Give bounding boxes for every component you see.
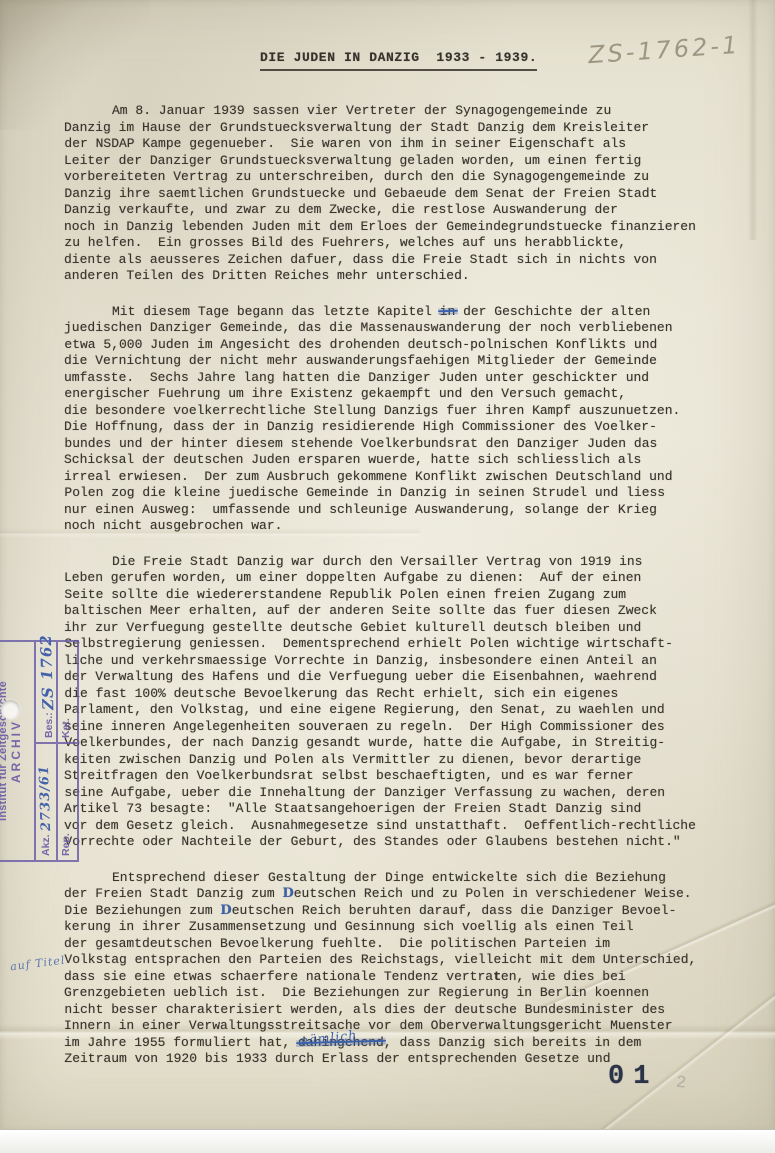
page-number-stamp: 01 — [608, 1062, 658, 1092]
text-line: anderen Teilen des Dritten Reiches mehr … — [64, 268, 712, 285]
text-line: Leben gerufen worden, um einer doppelten… — [64, 570, 712, 587]
paragraph: Die Freie Stadt Danzig war durch den Ver… — [64, 554, 712, 851]
text-line: Die Hoffnung, dass der in Danzig residie… — [64, 419, 712, 436]
text-line: Seite sollte die wiedererstandene Republ… — [64, 587, 712, 604]
text-line: zu helfen. Ein grosses Bild des Fuehrers… — [64, 235, 712, 252]
bes-label: Bes.: — [43, 712, 55, 738]
archive-stamp-title: Institut für Zeitgeschichte ARCHIV — [0, 642, 36, 860]
text-line: nicht besser charakterisiert werden, als… — [64, 1002, 712, 1019]
text-line: etwa 5,000 Juden im Angesicht des drohen… — [64, 337, 712, 354]
archive-stamp-institution: Institut für Zeitgeschichte — [0, 642, 9, 860]
text-line: noch in Danzig lebenden Juden mit dem Er… — [64, 219, 712, 236]
ink-corrected-letter: D — [220, 903, 231, 918]
text-line: keiten zwischen Danzig und Polen als Ver… — [64, 752, 712, 769]
text-line: noch nicht ausgebrochen war. — [64, 518, 712, 535]
text-line: umfasste. Sechs Jahre lang hatten die Da… — [64, 370, 712, 387]
archive-stamp: Institut für Zeitgeschichte ARCHIV Akz. … — [0, 640, 79, 862]
text-line: Danzig ihre saemtlichen Grundstuecke und… — [64, 186, 712, 203]
paragraph: Am 8. Januar 1939 sassen vier Vertreter … — [64, 103, 712, 285]
text-line: Danzig verkaufte, und zwar zu dem Zwecke… — [64, 202, 712, 219]
paragraph: Entsprechend dieser Gestaltung der Dinge… — [64, 870, 712, 1068]
text-line: im Jahre 1955 formuliert hat, dahingehen… — [64, 1035, 712, 1052]
text-line: seine Aufgabe, ueber die Innehaltung der… — [64, 785, 712, 802]
text-line: Parlament, den Volkstag, und eine eigene… — [64, 702, 712, 719]
text-line: seine inneren Angelegenheiten souveraen … — [64, 719, 712, 736]
kat-field: Kat. — [58, 714, 77, 742]
text-line: irreal erwiesen. Der zum Ausbruch gekomm… — [64, 469, 712, 486]
text-line: Schicksal der deutschen Juden ersparen w… — [64, 452, 712, 469]
archive-stamp-archiv-label: ARCHIV — [9, 642, 23, 860]
text-line: Die Beziehungen zum Deutschen Reich beru… — [64, 903, 712, 920]
text-line: Volkstag entsprachen den Parteien des Re… — [64, 952, 712, 969]
text-line: der Verwaltung des Hafens und die Verfue… — [64, 669, 712, 686]
text-line: diente als aeusseres Zeichen dafuer, das… — [64, 252, 712, 269]
text-line: die fast 100% deutsche Bevoelkerung das … — [64, 686, 712, 703]
text-line: vorbereiteten Vertrag zu unterschreiben,… — [64, 169, 712, 186]
text-line: nur einen Ausweg: umfassende und schleun… — [64, 502, 712, 519]
text-line: Danzig im Hause der Grundstuecksverwaltu… — [64, 120, 712, 137]
text-line: baltischen Meer erhalten, auf der andere… — [64, 603, 712, 620]
text-line: Streitfragen den Voelkerbundsrat selbst … — [64, 768, 712, 785]
text-line: energischer Fuehrung um ihre Existenz ge… — [64, 386, 712, 403]
pencil-archive-reference: ZS-1762-1 — [587, 31, 741, 70]
paper-crease — [748, 0, 758, 240]
text-line: ihr zur Verfuegung gestellte deutsche Ge… — [64, 620, 712, 637]
document-body: Am 8. Januar 1939 sassen vier Vertreter … — [64, 103, 712, 1087]
margin-note-handwritten: auf Titel — [9, 954, 66, 974]
archive-stamp-row-catalog: Rep. Kat. — [58, 642, 77, 860]
text-line: der gesamtdeutschen Bevoelkerung fuehlte… — [64, 936, 712, 953]
text-line: Am 8. Januar 1939 sassen vier Vertreter … — [64, 103, 712, 120]
ink-corrected-letter: D — [282, 886, 293, 901]
text-line: die Vernichtung der nicht mehr auswander… — [64, 353, 712, 370]
akz-label: Akz. — [40, 834, 52, 856]
text-line: Vorrechte oder Nachteile der Geburt, des… — [64, 834, 712, 851]
text-line: der Freien Stadt Danzig zum Deutschen Re… — [64, 886, 712, 903]
archive-stamp-box: Institut für Zeitgeschichte ARCHIV Akz. … — [0, 640, 79, 862]
photographed-document: DIE JUDEN IN DANZIG 1933 - 1939. ZS-1762… — [0, 0, 775, 1153]
rep-field: Rep. — [58, 742, 77, 860]
text-line: Polen zog die kleine juedische Gemeinde … — [64, 485, 712, 502]
text-line: Innern in einer Verwaltungsstreitsache v… — [64, 1018, 712, 1035]
text-line: bundes und der hinter diesem stehende Vo… — [64, 436, 712, 453]
paragraph: Mit diesem Tage begann das letzte Kapite… — [64, 304, 712, 535]
text-line: Artikel 73 besagte: "Alle Staatsangehoer… — [64, 801, 712, 818]
text-line: Die Freie Stadt Danzig war durch den Ver… — [64, 554, 712, 571]
hole-punch — [1, 700, 20, 719]
text-line: Entsprechend dieser Gestaltung der Dinge… — [64, 870, 712, 887]
akz-handwritten-value: 2733/61 — [37, 765, 54, 832]
ink-strikethrough: in — [440, 304, 456, 319]
text-line: kerung in ihrer Zusammensetzung und Gesi… — [64, 919, 712, 936]
text-line: vor dem Gesetz gleich. Ausnahmegesetze s… — [64, 818, 712, 835]
bes-handwritten-value: ZS 1762 — [37, 634, 58, 710]
document-page: DIE JUDEN IN DANZIG 1933 - 1939. ZS-1762… — [0, 0, 775, 1132]
overtyped-letter: t — [493, 969, 501, 984]
accession-field: Akz. 2733/61 — [36, 742, 56, 860]
text-line: der NSDAP Kampe gegenueber. Sie waren vo… — [64, 136, 712, 153]
holdings-field: Bes.:ZS 1762 — [36, 631, 56, 742]
text-line: Voelkerbundes, der nach Danzig gesandt w… — [64, 735, 712, 752]
archive-stamp-row-accession: Akz. 2733/61 Bes.:ZS 1762 — [36, 642, 58, 860]
text-line: liche und verkehrsmaessige Vorrechte in … — [64, 653, 712, 670]
text-line: Grenzgebieten ueblich ist. Die Beziehung… — [64, 985, 712, 1002]
text-line: Selbstregierung geniessen. Dementspreche… — [64, 636, 712, 653]
text-line: Mit diesem Tage begann das letzte Kapite… — [64, 304, 712, 321]
backdrop-below-paper — [0, 1129, 775, 1153]
text-line: Leiter der Danziger Grundstuecksverwaltu… — [64, 153, 712, 170]
document-title: DIE JUDEN IN DANZIG 1933 - 1939. — [260, 50, 537, 71]
text-line: dass sie eine etwas schaerfere nationale… — [64, 969, 712, 986]
faint-digit-mark: 2 — [675, 1074, 687, 1094]
text-line: juedischen Danziger Gemeinde, das die Ma… — [64, 320, 712, 337]
text-line: die besondere voelkerrechtliche Stellung… — [64, 403, 712, 420]
